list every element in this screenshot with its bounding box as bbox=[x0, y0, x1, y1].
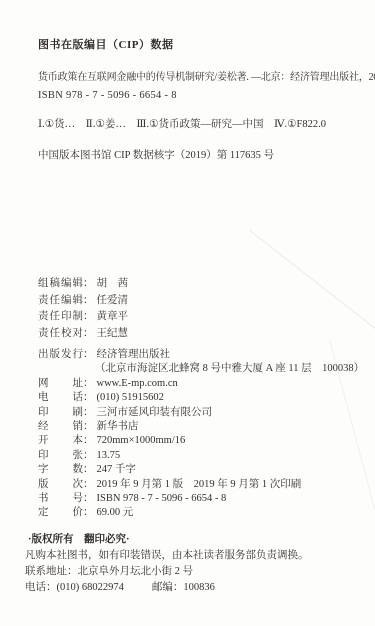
field-value: 720mm×1000mm/16 bbox=[97, 435, 186, 446]
colon: ： bbox=[83, 492, 94, 506]
colon: ： bbox=[83, 348, 94, 362]
staff-row: 责任校对：王纪慧 bbox=[38, 326, 128, 343]
staff-row: 组稿编辑：胡 茜 bbox=[38, 276, 128, 293]
publication-block: 出版发行：经济管理出版社 （北京市海淀区北蜂窝 8 号中雅大厦 A 座 11 层… bbox=[38, 348, 375, 521]
price-row: 定价：69.00 元 bbox=[38, 506, 375, 520]
field-value: ISBN 978 - 7 - 5096 - 6654 - 8 bbox=[97, 493, 227, 504]
copyright-notice-title: ·版权所有 翻印必究· bbox=[25, 532, 375, 548]
field-value: 三河市延风印装有限公司 bbox=[97, 407, 213, 418]
field-label: 电话 bbox=[38, 391, 83, 405]
colon: ： bbox=[83, 309, 94, 326]
field-label: 经销 bbox=[38, 420, 83, 434]
colon: ： bbox=[83, 406, 94, 420]
field-value: (010) 51915602 bbox=[97, 392, 164, 403]
field-label: 书号 bbox=[38, 492, 83, 506]
colon: ： bbox=[83, 478, 94, 492]
distributor-row: 经销：新华书店 bbox=[38, 420, 375, 434]
field-label: 定价 bbox=[38, 506, 83, 520]
colon: ： bbox=[83, 434, 94, 448]
field-value: 247 千字 bbox=[97, 464, 136, 475]
field-label: 版次 bbox=[38, 478, 83, 492]
field-value: 新华书店 bbox=[97, 421, 139, 432]
copyright-notice-block: ·版权所有 翻印必究· 凡购本社图书，如有印装错误，由本社读者服务部负责调换。 … bbox=[25, 532, 375, 596]
staff-value: 任爱清 bbox=[97, 295, 129, 306]
postcode: 邮编：100836 bbox=[152, 582, 215, 593]
field-value: 69.00 元 bbox=[97, 507, 134, 518]
field-label: 印刷 bbox=[38, 406, 83, 420]
sheets-row: 印张：13.75 bbox=[38, 449, 375, 463]
colon: ： bbox=[83, 293, 94, 310]
staff-value: 黄章平 bbox=[97, 311, 129, 322]
cip-registry-line: 中国版本图书馆 CIP 数据核字（2019）第 117635 号 bbox=[38, 147, 373, 162]
staff-row: 责任印制：黄章平 bbox=[38, 309, 128, 326]
contact-phone: 电话：(010) 68022974 bbox=[25, 582, 124, 593]
colon: ： bbox=[83, 326, 94, 343]
field-label: 网址 bbox=[38, 377, 83, 391]
publisher-address-note: （北京市海淀区北蜂窝 8 号中雅大厦 A 座 11 层 100038） bbox=[38, 362, 375, 376]
website-row: 网址：www.E-mp.com.cn bbox=[38, 377, 375, 391]
field-value: 2019 年 9 月第 1 版 2019 年 9 月第 1 次印刷 bbox=[97, 479, 302, 490]
field-label: 出版发行 bbox=[38, 348, 83, 362]
staff-value: 胡 茜 bbox=[97, 278, 129, 289]
printer-row: 印刷：三河市延风印装有限公司 bbox=[38, 406, 375, 420]
colon: ： bbox=[83, 377, 94, 391]
book-title-line: 货币政策在互联网金融中的传导机制研究/姜松著. —北京：经济管理出版社，2019… bbox=[38, 68, 373, 83]
colon: ： bbox=[83, 391, 94, 405]
edition-row: 版次：2019 年 9 月第 1 版 2019 年 9 月第 1 次印刷 bbox=[38, 478, 375, 492]
isbn-line: ISBN 978 - 7 - 5096 - 6654 - 8 bbox=[38, 90, 373, 101]
classification-line: Ⅰ.①货… Ⅱ.①姜… Ⅲ.①货币政策—研究—中国 Ⅳ.①F822.0 bbox=[38, 116, 373, 131]
colon: ： bbox=[83, 506, 94, 520]
staff-value: 王纪慧 bbox=[97, 328, 129, 339]
contact-phone-line: 电话：(010) 68022974邮编：100836 bbox=[25, 580, 375, 596]
staff-label: 责任编辑 bbox=[38, 293, 83, 310]
staff-label: 责任印制 bbox=[38, 309, 83, 326]
colon: ： bbox=[83, 449, 94, 463]
field-value: 13.75 bbox=[97, 450, 121, 461]
staff-label: 组稿编辑 bbox=[38, 276, 83, 293]
cip-block: 图书在版编目（CIP）数据 货币政策在互联网金融中的传导机制研究/姜松著. —北… bbox=[38, 36, 373, 162]
wordcount-row: 字数：247 千字 bbox=[38, 463, 375, 477]
phone-row: 电话：(010) 51915602 bbox=[38, 391, 375, 405]
staff-block: 组稿编辑：胡 茜 责任编辑：任爱清 责任印制：黄章平 责任校对：王纪慧 bbox=[38, 276, 128, 343]
staff-label: 责任校对 bbox=[38, 326, 83, 343]
colon: ： bbox=[83, 463, 94, 477]
cip-header: 图书在版编目（CIP）数据 bbox=[38, 36, 373, 52]
copyright-page: 图书在版编目（CIP）数据 货币政策在互联网金融中的传导机制研究/姜松著. —北… bbox=[0, 0, 375, 626]
exchange-notice-line: 凡购本社图书，如有印装错误，由本社读者服务部负责调换。 bbox=[25, 548, 375, 564]
field-label: 字数 bbox=[38, 463, 83, 477]
publisher-row: 出版发行：经济管理出版社 bbox=[38, 348, 375, 362]
field-label: 开本 bbox=[38, 434, 83, 448]
colon: ： bbox=[83, 420, 94, 434]
field-label: 印张 bbox=[38, 449, 83, 463]
colon: ： bbox=[83, 276, 94, 293]
format-row: 开本：720mm×1000mm/16 bbox=[38, 434, 375, 448]
field-value: 经济管理出版社 bbox=[97, 349, 171, 360]
field-value: www.E-mp.com.cn bbox=[97, 378, 178, 389]
staff-row: 责任编辑：任爱清 bbox=[38, 293, 128, 310]
contact-address-line: 联系地址：北京阜外月坛北小街 2 号 bbox=[25, 564, 375, 580]
booknumber-row: 书号：ISBN 978 - 7 - 5096 - 6654 - 8 bbox=[38, 492, 375, 506]
